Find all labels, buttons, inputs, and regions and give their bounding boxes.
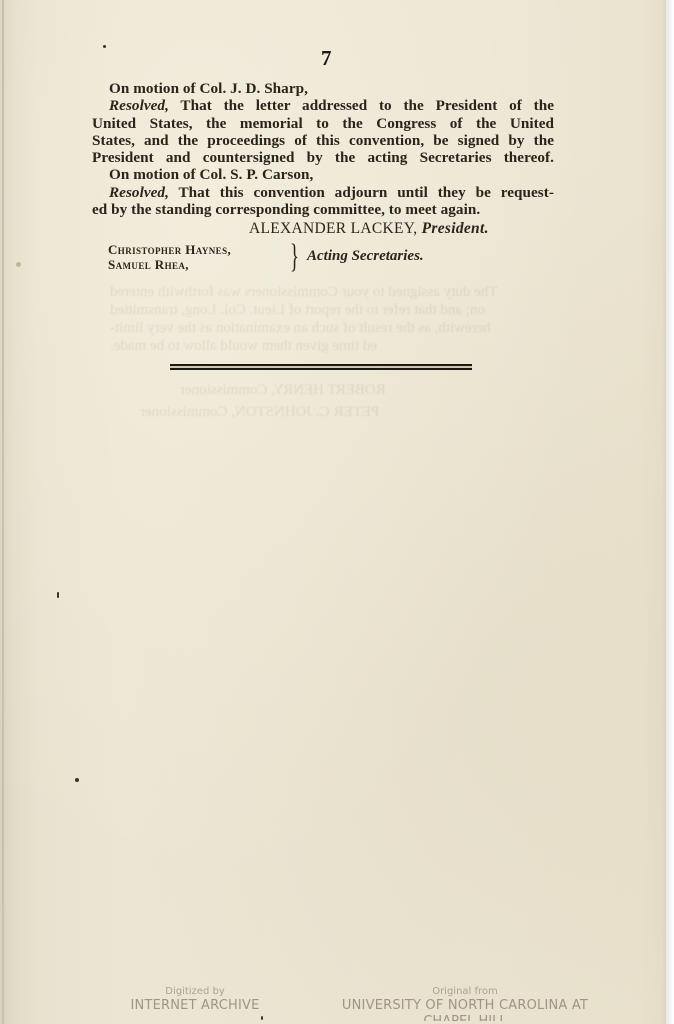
motion-line: On motion of Col. S. P. Carson, (92, 166, 554, 183)
secretary-name: Christopher Haynes, (108, 242, 231, 257)
secretary-name: Samuel Rhea, (108, 257, 231, 272)
page-binding-edge (2, 0, 4, 1024)
ink-speck (103, 45, 106, 48)
motion-line: On motion of Col. J. D. Sharp, (92, 80, 554, 97)
page-right-margin (666, 0, 674, 1024)
show-through-text: ROBERT HENRY, Commissioner (180, 382, 386, 399)
show-through-text: on; and that refer to the report of Lieu… (110, 302, 485, 319)
watermark-source-cutoff: CHAPEL HILL (330, 1014, 600, 1021)
scanned-page: The duty assigned to your Commissioners … (0, 0, 666, 1024)
show-through-text: ed time given them would allow to be mad… (110, 338, 377, 355)
watermark-source: UNIVERSITY OF NORTH CAROLINA AT (330, 998, 600, 1014)
watermark-source: INTERNET ARCHIVE (120, 998, 270, 1014)
watermark-caption: Original from (330, 986, 600, 998)
body-text: On motion of Col. J. D. Sharp, Resolved,… (92, 80, 554, 218)
resolution-line: Resolved, That the letter addressed to t… (92, 97, 554, 114)
ink-speck (75, 778, 79, 782)
resolution-line: Resolved, That this convention adjourn u… (92, 184, 554, 201)
resolution-line: ed by the standing corresponding committ… (92, 201, 554, 218)
watermark-caption: Digitized by (120, 986, 270, 998)
brace-icon: } (290, 240, 299, 274)
double-rule-divider (170, 364, 472, 370)
digitized-by-watermark: Digitized by INTERNET ARCHIVE (120, 986, 270, 1014)
secretaries-title: Acting Secretaries. (307, 248, 424, 265)
page-number: 7 (321, 46, 332, 71)
ink-speck (57, 592, 59, 598)
stain-speck (16, 262, 21, 267)
show-through-text: herewith, as the result of such an exami… (110, 320, 491, 337)
show-through-text: PETER C. JOHNSTON, Commissioner (140, 404, 379, 421)
original-from-watermark: Original from UNIVERSITY OF NORTH CAROLI… (330, 986, 600, 1021)
resolved-label: Resolved, (109, 184, 169, 201)
secretaries-names: Christopher Haynes, Samuel Rhea, (108, 242, 231, 272)
president-title: President. (422, 220, 489, 237)
show-through-text: The duty assigned to your Commissioners … (110, 284, 497, 301)
president-signature: ALEXANDER LACKEY, President. (249, 220, 489, 238)
ink-speck (261, 1016, 263, 1020)
resolution-line: States, and the proceedings of this conv… (92, 132, 554, 149)
resolved-label: Resolved, (109, 97, 169, 114)
resolution-line: President and countersigned by the actin… (92, 149, 554, 166)
resolution-line: United States, the memorial to the Congr… (92, 115, 554, 132)
president-name: ALEXANDER LACKEY, (249, 220, 417, 237)
